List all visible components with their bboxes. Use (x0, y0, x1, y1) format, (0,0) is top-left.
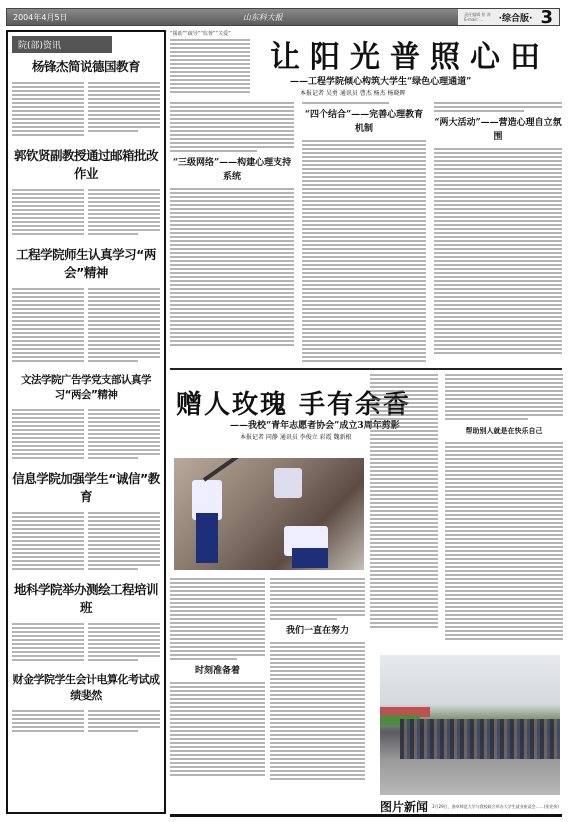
masthead: 山东科大报 (243, 12, 283, 23)
feature-column-4: 帮助别人就是在快乐自己 (445, 372, 563, 642)
header-right: 责任编辑 景 涛 E-mail: ... ·综合版· 3 (458, 9, 559, 25)
article-headline[interactable]: 郭钦贤副教授通过邮箱批改作业 (12, 146, 160, 182)
photo-news-label: 图片新闻 (380, 798, 428, 815)
page-bottom-rule (170, 814, 562, 817)
story-column-3: “两大活动”——营造心理自立氛围 (434, 100, 562, 356)
story-byline: 本报记者 吴勇 通讯员 曹杰 杨杰 杨晓晖 (300, 88, 406, 97)
article-headline[interactable]: 财金学院学生会计电算化考试成绩斐然 (12, 671, 160, 703)
subhead: “两大活动”——营造心理自立氛围 (434, 116, 562, 144)
article-headline[interactable]: 文法学院广告学党支部认真学习“两会”精神 (12, 372, 160, 402)
news-article: 地科学院举办测绘工程培训班 (12, 580, 160, 663)
article-headline[interactable]: 信息学院加强学生“诚信”教育 (12, 469, 160, 505)
story-subheadline: ——工程学院倾心构筑大学生“绿色心理通道” (290, 74, 471, 87)
section-name: ·综合版· (499, 11, 533, 24)
email-info-line: E-mail: ... (464, 17, 491, 22)
page-number: 3 (540, 7, 553, 28)
article-headline[interactable]: 工程学院师生认真学习“两会”精神 (12, 245, 160, 281)
left-news-column: 院(部)资讯 杨锋杰简说德国教育 郭钦贤副教授通过邮箱批改作业 工程学院师生认真… (6, 30, 166, 814)
issue-date: 2004年4月5日 (13, 12, 68, 23)
story-headline[interactable]: 让阳光普照心田 (270, 32, 550, 76)
news-article: 杨锋杰简说德国教育 (12, 57, 160, 138)
intro-label: “援助”“疏导”“监督”“关爱” (170, 30, 250, 37)
subhead: 帮助别人就是在快乐自己 (445, 426, 563, 436)
photo-news-image (380, 655, 560, 795)
subhead: 时刻准备着 (170, 664, 265, 678)
article-headline[interactable]: 杨锋杰简说德国教育 (12, 57, 160, 75)
section-divider (170, 368, 562, 370)
subhead: 我们一直在努力 (270, 624, 365, 638)
news-article: 财金学院学生会计电算化考试成绩斐然 (12, 671, 160, 734)
volunteer-stairs-photo (174, 458, 364, 570)
news-article: 工程学院师生认真学习“两会”精神 (12, 245, 160, 364)
feature-byline: 本报记者 同静 通讯员 李俊立 彩霞 魏新根 (240, 432, 352, 441)
feature-column-1: 时刻准备着 (170, 576, 265, 778)
subhead: “三级网络”——构建心理支持系统 (170, 156, 294, 184)
story-column-1: “三级网络”——构建心理支持系统 (170, 100, 294, 348)
news-article: 信息学院加强学生“诚信”教育 (12, 469, 160, 572)
photo-news-text: 3月29日，曲阜师范大学与我校联合举办大学生就业座谈会……(张宪伟) (432, 804, 560, 809)
top-story: “援助”“疏导”“监督”“关爱” 让阳光普照心田 ——工程学院倾心构筑大学生“绿… (170, 30, 564, 370)
feature-column-2: 我们一直在努力 (270, 576, 365, 782)
story-column-2: “四个结合”——完善心理教育机制 (302, 100, 426, 364)
article-headline[interactable]: 地科学院举办测绘工程培训班 (12, 580, 160, 616)
news-article: 郭钦贤副教授通过邮箱批改作业 (12, 146, 160, 237)
editor-info: 责任编辑 景 涛 E-mail: ... (464, 12, 491, 22)
feature-column-3 (370, 372, 438, 630)
section-tag: 院(部)资讯 (12, 36, 112, 53)
news-article: 文法学院广告学党支部认真学习“两会”精神 (12, 372, 160, 461)
story-intro: “援助”“疏导”“监督”“关爱” (170, 30, 250, 95)
subhead: “四个结合”——完善心理教育机制 (302, 108, 426, 136)
page-header: 2004年4月5日 山东科大报 责任编辑 景 涛 E-mail: ... ·综合… (6, 8, 560, 26)
photo-news-caption: 图片新闻 3月29日，曲阜师范大学与我校联合举办大学生就业座谈会……(张宪伟) (380, 798, 560, 815)
